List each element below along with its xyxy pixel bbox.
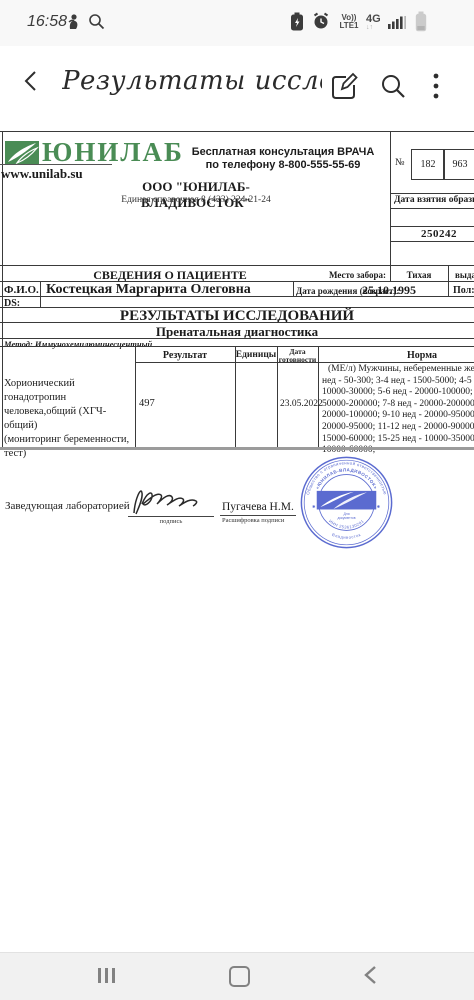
fio-label: Ф.И.О. xyxy=(4,284,39,296)
test-result: 497 xyxy=(139,398,155,409)
edit-icon[interactable] xyxy=(330,72,358,100)
volte-indicator: Vo)) LTE1 xyxy=(336,14,362,30)
fio-col-divider xyxy=(40,281,41,307)
header-col-divider xyxy=(390,131,391,281)
recents-button[interactable] xyxy=(98,968,119,988)
col-norm: Норма xyxy=(318,350,474,361)
issue-label: выдач xyxy=(455,270,474,280)
order-number-box1: 182 xyxy=(411,149,445,180)
consult-line2: по телефону 8-800-555-55-69 xyxy=(180,159,386,171)
svg-text:документов: документов xyxy=(338,516,356,520)
status-search-icon xyxy=(88,13,105,30)
alarm-icon xyxy=(312,12,330,30)
sample-date-label: Дата взятия образц xyxy=(394,195,474,205)
clock: 16:58 xyxy=(27,13,67,31)
home-button[interactable] xyxy=(229,966,250,987)
nav-back-button[interactable] xyxy=(363,965,378,985)
status-bar: 16:58 Vo)) LTE1 4G ↓↑ xyxy=(0,0,474,46)
stamp-star-left: ✱ xyxy=(312,504,316,509)
ds-row-top xyxy=(0,296,474,297)
signature-scribble xyxy=(128,483,214,517)
company-stamp: Общество с ограниченной ответственностью… xyxy=(300,456,393,549)
svg-text:Владивосток: Владивосток xyxy=(331,532,361,540)
doc-border-top xyxy=(0,131,474,132)
table-top xyxy=(0,346,474,347)
signature-caption: подпись xyxy=(128,518,214,525)
back-icon[interactable] xyxy=(22,70,40,92)
sample-date-line-top xyxy=(390,193,474,194)
method-line: Метод: Иммунохемилюминесцентный xyxy=(4,339,152,349)
norm-text: (МЕ/л) Мужчины, небеременные женщ нед - … xyxy=(322,364,474,457)
name-caption: Расшифровка подписи xyxy=(222,517,284,524)
lab-head-role: Заведующая лабораторией xyxy=(5,500,130,512)
svg-text:Общество с ограниченной ответс: Общество с ограниченной ответственностью xyxy=(305,460,388,495)
network-arrows-icon: ↓↑ xyxy=(366,24,373,31)
sample-code-line-bottom xyxy=(390,241,474,242)
unilab-logo-icon xyxy=(5,141,39,165)
search-icon[interactable] xyxy=(380,73,406,99)
hotline: Единая справочная 8 (423) 224-21-24 xyxy=(90,195,302,205)
battery-icon xyxy=(415,11,427,32)
lab-head-name: Пугачева Н.М. xyxy=(222,501,294,513)
name-underline xyxy=(220,515,296,516)
sample-code: 250242 xyxy=(421,228,457,240)
order-number-label: № xyxy=(395,157,405,168)
table-header-bottom xyxy=(135,362,474,363)
birth-col-divider xyxy=(293,281,294,296)
phone-screen: 16:58 Vo)) LTE1 4G ↓↑ xyxy=(0,0,474,1000)
place-value: Тихая xyxy=(390,270,448,280)
notification-icon xyxy=(66,13,81,30)
col-result: Результат xyxy=(135,350,235,361)
sex-label: Пол: xyxy=(453,285,474,296)
order-number-box2: 963 xyxy=(443,149,474,180)
col-units: Единицы xyxy=(235,350,277,360)
consult-line1: Бесплатная консультация ВРАЧА xyxy=(180,146,386,158)
results-title-bottom xyxy=(0,322,474,323)
stamp-star-right: ✱ xyxy=(377,504,381,509)
signal-bars-icon xyxy=(388,15,408,29)
signature-underline xyxy=(128,516,214,517)
table-bottom-border xyxy=(0,447,474,450)
ready-date: 23.05.2022 xyxy=(280,399,323,409)
place-label: Место забора: xyxy=(296,270,386,280)
more-menu-icon[interactable] xyxy=(432,72,440,100)
patient-section-top xyxy=(0,265,474,266)
logo-underline xyxy=(0,164,112,165)
website: www.unilab.su xyxy=(1,166,83,182)
navigation-bar xyxy=(0,952,474,1000)
page-title: Результаты исслед... xyxy=(62,66,322,96)
sample-date-line-bottom xyxy=(390,208,474,209)
battery-saver-icon xyxy=(290,12,304,31)
sample-code-line-top xyxy=(390,226,474,227)
